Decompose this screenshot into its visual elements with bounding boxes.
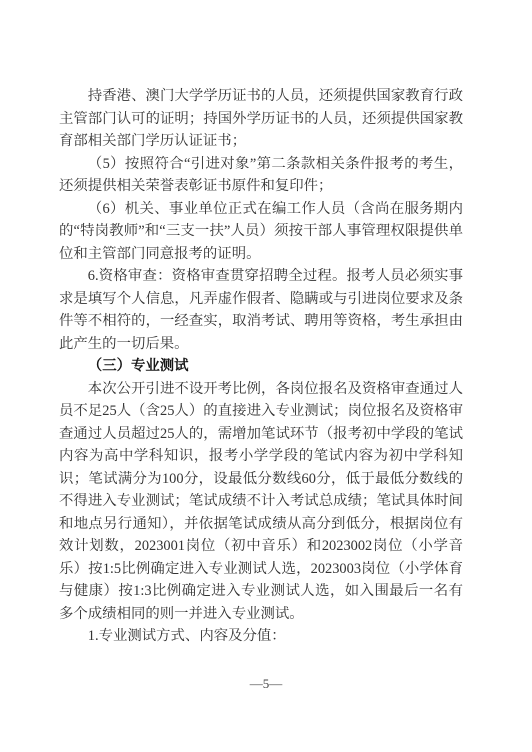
page-number: —5— — [0, 676, 532, 692]
paragraph-overseas-credentials: 持香港、澳门大学学历证书的人员，还须提供国家教育行政主管部门认可的证明；持国外学… — [59, 85, 463, 153]
document-body-text: 持香港、澳门大学学历证书的人员，还须提供国家教育行政主管部门认可的证明；持国外学… — [59, 85, 463, 648]
section-heading-professional-test: （三）专业测试 — [59, 355, 463, 378]
paragraph-item-5: （5）按照符合“引进对象”第二条款相关条件报考的考生，还须提供相关荣誉表彰证书原… — [59, 153, 463, 198]
paragraph-item-6: （6）机关、事业单位正式在编工作人员（含尚在服务期内的“特岗教师”和“三支一扶”… — [59, 198, 463, 266]
paragraph-qualification-review: 6.资格审查：资格审查贯穿招聘全过程。报考人员必须实事求是填写个人信息，凡弄虚作… — [59, 265, 463, 355]
paragraph-professional-test-rules: 本次公开引进不设开考比例，各岗位报名及资格审查通过人员不足25人（含25人）的直… — [59, 378, 463, 626]
paragraph-test-format-lead: 1.专业测试方式、内容及分值： — [59, 625, 463, 648]
document-page: 持香港、澳门大学学历证书的人员，还须提供国家教育行政主管部门认可的证明；持国外学… — [0, 0, 532, 752]
